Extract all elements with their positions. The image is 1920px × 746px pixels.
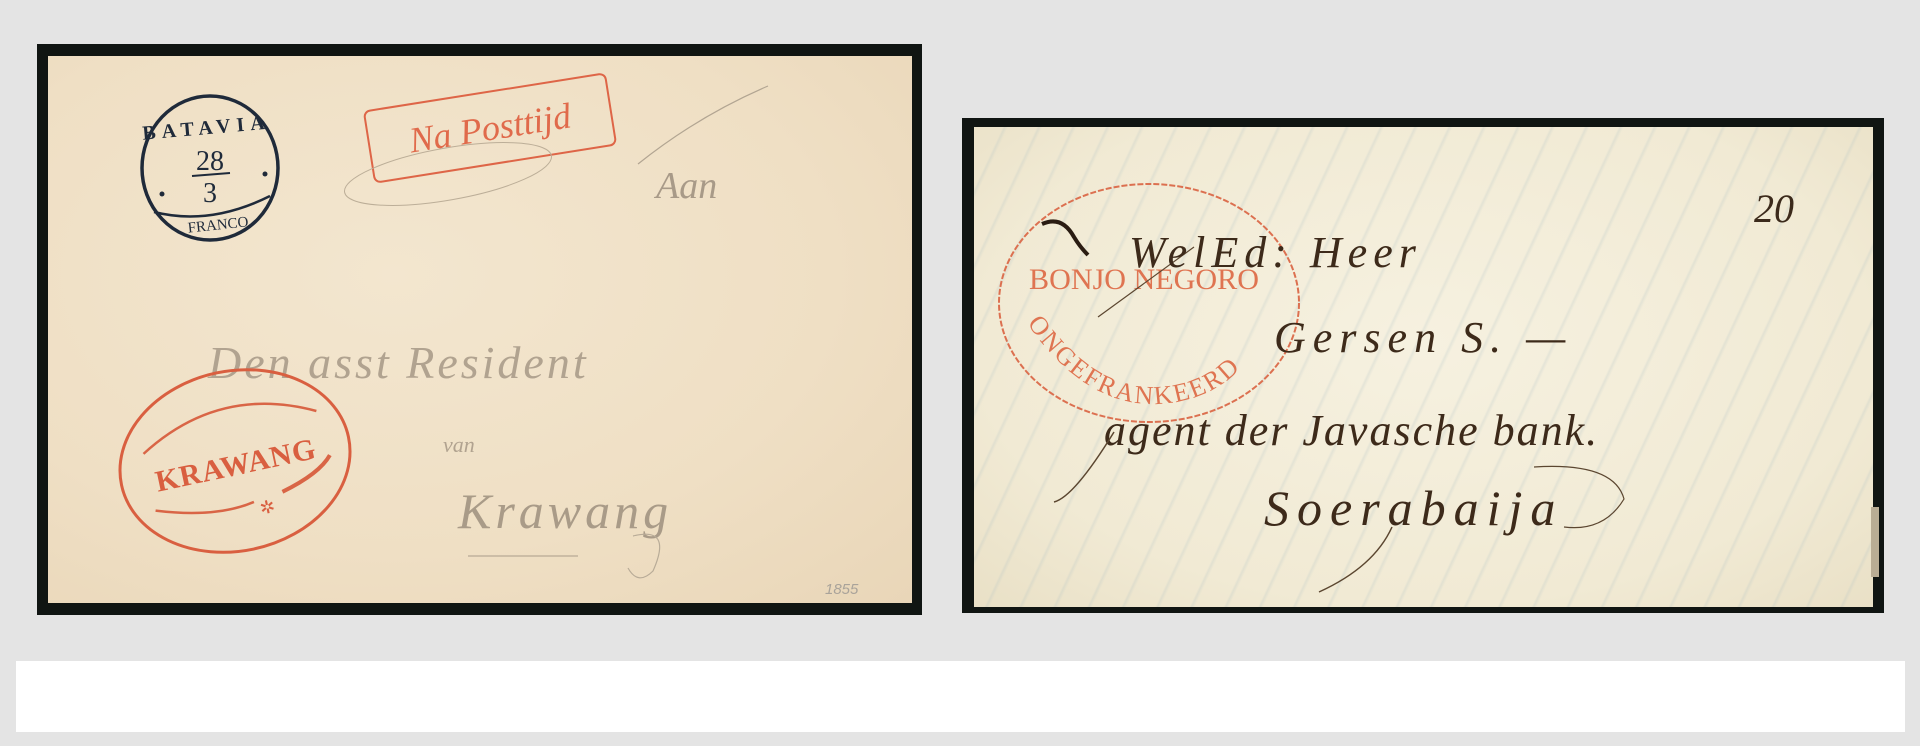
datestamp-month: 3 bbox=[203, 178, 217, 209]
right-cover-markings: BONJO NEGORO ONGEFRANKEERD 20 WelEd: Hee… bbox=[974, 127, 1873, 607]
caption-bar bbox=[16, 661, 1905, 732]
batavia-datestamp: BATAVIA 28 3 FRANCO bbox=[141, 96, 278, 240]
ongefrankeerd-text: ONGEFRANKEERD bbox=[1022, 310, 1246, 411]
pencil-note: 1855 bbox=[825, 581, 859, 598]
address-line-soerabaija: Soerabaija bbox=[1264, 480, 1563, 536]
rate-marking: 20 bbox=[1754, 186, 1794, 231]
cover-fold-edge bbox=[1871, 507, 1879, 577]
address-line-van: van bbox=[443, 432, 475, 457]
na-posttijd-handstamp: Na Posttijd bbox=[364, 73, 616, 182]
address-line-aan: Aan bbox=[653, 165, 717, 207]
bonjo-negoro-oval-handstamp: BONJO NEGORO ONGEFRANKEERD bbox=[999, 184, 1299, 422]
left-cover-markings: BATAVIA 28 3 FRANCO Na Posttijd Aan Den … bbox=[48, 56, 912, 603]
address-line-agent: agent der Javasche bank. bbox=[1104, 406, 1599, 455]
left-cover-paper: BATAVIA 28 3 FRANCO Na Posttijd Aan Den … bbox=[48, 56, 912, 603]
star-ornament: ✲ bbox=[258, 496, 277, 520]
address-line-resident: Den asst Resident bbox=[207, 337, 589, 388]
address-line-krawang: Krawang bbox=[457, 483, 672, 539]
address-line-gersen: Gersen S. — bbox=[1274, 313, 1572, 362]
right-cover-paper: BONJO NEGORO ONGEFRANKEERD 20 WelEd: Hee… bbox=[974, 127, 1873, 607]
datestamp-day: 28 bbox=[196, 146, 224, 177]
krawang-text: KRAWANG bbox=[152, 432, 319, 498]
right-cover-mount: BONJO NEGORO ONGEFRANKEERD 20 WelEd: Hee… bbox=[962, 118, 1884, 613]
left-cover-mount: BATAVIA 28 3 FRANCO Na Posttijd Aan Den … bbox=[37, 44, 922, 615]
address-line-weled-heer: WelEd: Heer bbox=[1129, 228, 1422, 277]
